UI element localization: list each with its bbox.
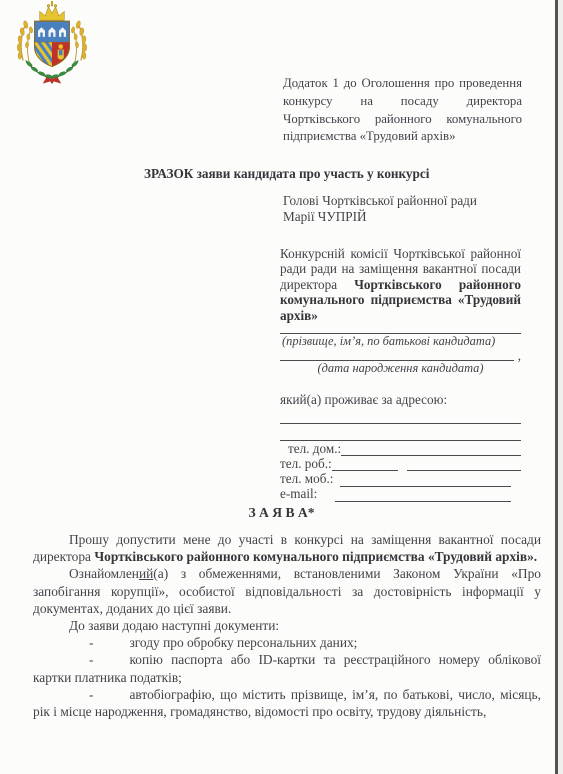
coat-of-arms-icon [8,1,96,85]
list-dash: - [89,687,93,702]
tel-work-blank-line [407,455,521,471]
appendix-line: підприємства «Трудовий архів» [283,128,522,146]
scan-edge-margin [558,0,563,774]
scan-edge-line [555,0,558,774]
tel-home-row: тел. дом.: [280,441,521,456]
addressee-person: Марії ЧУПРІЙ [283,209,477,225]
commission-line: директора Чортківського районного [280,277,521,292]
email-label: e-mail: [280,486,317,501]
enterprise-name-bold: комунального підприємства «Трудовий [280,292,521,307]
dob-blank-line [280,348,514,361]
list-dash: - [89,652,93,667]
enterprise-name-bold: Чортківського районного [354,277,521,292]
blank-gap [398,456,407,471]
appendix-note: Додаток 1 до Оголошення про проведення к… [283,75,522,146]
tel-mob-label: тел. моб.: [280,471,333,486]
documents-intro: До заяви додаю наступні документи: [33,617,541,634]
enterprise-name-bold: архів» [280,308,318,323]
commission-text: директора [280,277,354,292]
commission-text: Конкурсній комісії Чортківської районної [280,246,521,261]
appendix-line: конкурсу на посаду директора [283,93,522,111]
document-list-item: -копію паспорта або ID-картки та реєстра… [33,651,541,685]
commission-line: ради ради на заміщення вакантної посади [280,261,521,276]
addressee-name: Голові Чортківської районної ради [283,193,477,209]
email-row: e-mail: [280,487,521,502]
candidate-name-blank-line [280,325,521,334]
commission-line: комунального підприємства «Трудовий [280,292,521,307]
addressee-block: Голові Чортківської районної ради Марії … [283,193,477,224]
commission-line: Конкурсній комісії Чортківської районної [280,246,521,261]
address-label: який(а) проживає за адресою: [280,392,521,407]
address-blank-line [280,424,521,441]
comma: , [518,351,521,361]
dob-blank-row: , [280,349,521,361]
commission-line: архів» [280,308,521,323]
underlined-word-ending: ий [139,566,153,581]
blank-gap [333,471,340,486]
application-header-fields: Конкурсній комісії Чортківської районної… [280,246,521,502]
dob-caption: (дата народження кандидата) [280,361,521,376]
commission-text: ради ради на заміщення вакантної посади [280,261,521,276]
blank-gap [511,471,521,486]
document-list-item: -автобіографію, що містить прізвище, ім’… [33,686,541,720]
list-item-text: копію паспорта або ID-картки та реєстрац… [33,652,541,684]
statement-body: Прошу допустити мене до участі в конкурс… [33,531,541,720]
appendix-line: Чортківського районного комунального [283,111,522,129]
paragraph-text: Ознайомлен [69,566,139,581]
blank-gap [511,487,521,502]
list-item-text: автобіографію, що містить прізвище, ім’я… [33,687,541,719]
enterprise-name-bold: Чортківського районного комунального під… [94,549,537,564]
statement-heading: З А Я В А* [0,505,563,521]
list-item-text: згоду про обробку персональних даних; [129,635,357,650]
tel-mob-blank-line [340,470,511,486]
tel-mob-row: тел. моб.: [280,471,521,486]
email-blank-line [335,486,511,502]
sample-title: ЗРАЗОК заяви кандидата про участь у конк… [144,166,429,182]
candidate-name-caption: (прізвище, ім’я, по батькові кандидата) [280,334,521,349]
appendix-line: Додаток 1 до Оголошення про проведення [283,75,522,93]
tel-work-row: тел. роб.: [280,456,521,471]
scanned-document-page: Додаток 1 до Оголошення про проведення к… [0,0,563,774]
tel-work-blank-line [332,455,398,471]
statement-paragraph-1: Прошу допустити мене до участі в конкурс… [33,531,541,565]
statement-paragraph-2: Ознайомлений(а) з обмеженнями, встановле… [33,565,541,617]
tel-home-blank-line [341,440,521,456]
list-dash: - [89,635,93,650]
tel-home-label: тел. дом.: [280,441,341,456]
tel-work-label: тел. роб.: [280,456,332,471]
document-list-item: -згоду про обробку персональних даних; [33,634,541,651]
address-blank-line [280,407,521,424]
blank-gap [317,487,335,502]
